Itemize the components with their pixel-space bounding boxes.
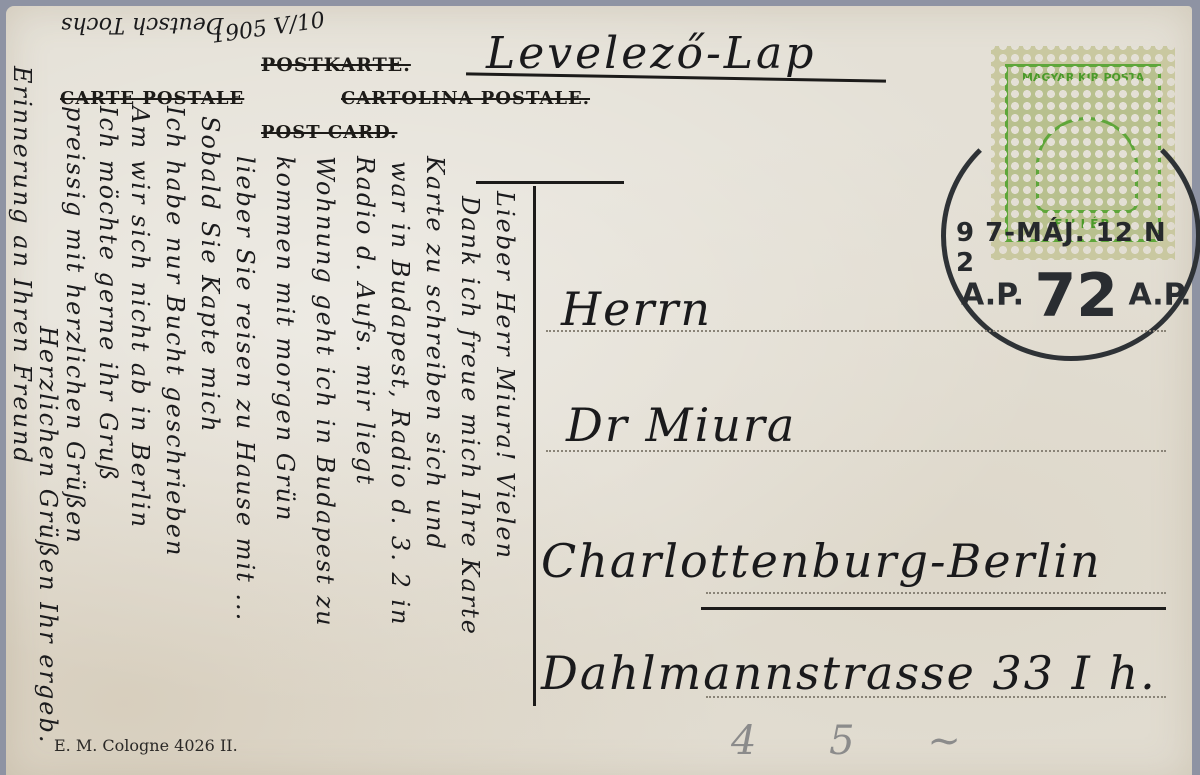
address-name: Dr Miura	[566, 398, 796, 452]
postmark-suffix: A.P.	[1128, 278, 1191, 313]
handwritten-title: Levelező-Lap	[486, 28, 816, 79]
message-line: Karte zu schreiben sich und	[421, 156, 449, 551]
printed-cartolina-postale: CARTOLINA POSTALE.	[341, 88, 590, 109]
message-line: Am wir sich nicht ab in Berlin	[126, 106, 154, 529]
top-edge-note: Deutsch Tochs	[61, 12, 223, 37]
postmark-office: A.P. 72 A.P.	[961, 261, 1192, 331]
message-line: preissig mit herzlichen Grüßen	[61, 106, 89, 545]
message-line: Dank ich freue mich Ihre Karte	[456, 196, 484, 636]
stamp-issuer: MAGYAR KIR.POSTA	[1008, 71, 1158, 84]
message-line: war in Budapest, Radio d. 3. 2 in	[386, 161, 414, 627]
printed-post-card: POST CARD.	[261, 122, 397, 143]
postmark-number: 72	[1035, 261, 1119, 331]
handwritten-date: 1905 V/10	[210, 8, 327, 49]
postcard: POSTKARTE. CARTE POSTALE CARTOLINA POSTA…	[6, 6, 1192, 775]
address-line-3	[706, 592, 1166, 594]
message-line: Lieber Herr Miura! Vielen	[491, 191, 519, 560]
message-line: Sobald Sie Kapte mich	[196, 116, 224, 434]
address-city: Charlottenburg-Berlin	[541, 534, 1102, 588]
message-line: lieber Sie reisen zu Hause mit ...	[231, 156, 259, 622]
horizontal-divider	[476, 181, 624, 184]
address-salutation: Herrn	[561, 282, 712, 336]
message-line: Radio d. Aufs. mir liegt	[351, 156, 379, 486]
vertical-divider	[533, 186, 536, 706]
address-line-1	[546, 330, 1166, 332]
address-line-2	[546, 450, 1166, 452]
message-line: Ich möchte gerne ihr Gruß	[94, 106, 122, 482]
message-line: Ich habe nur Bucht geschrieben	[161, 106, 189, 557]
message-line: Wohnung geht ich in Budapest zu	[311, 156, 339, 628]
printed-postkarte: POSTKARTE.	[261, 54, 411, 76]
publisher-imprint: E. M. Cologne 4026 II.	[54, 736, 238, 755]
message-line: kommen mit morgen Grün	[271, 156, 299, 522]
postmark-prefix: A.P.	[961, 278, 1024, 313]
address-street: Dahlmannstrasse 33 I h.	[541, 646, 1157, 700]
message-line: Herzlichen Grüßen Ihr ergeb.	[34, 326, 62, 744]
city-underline	[701, 607, 1166, 610]
address-line-4	[706, 696, 1166, 698]
message-line: Erinnerung an Ihren Freund	[8, 66, 36, 465]
pencil-note: 4 5 ~	[731, 718, 991, 764]
